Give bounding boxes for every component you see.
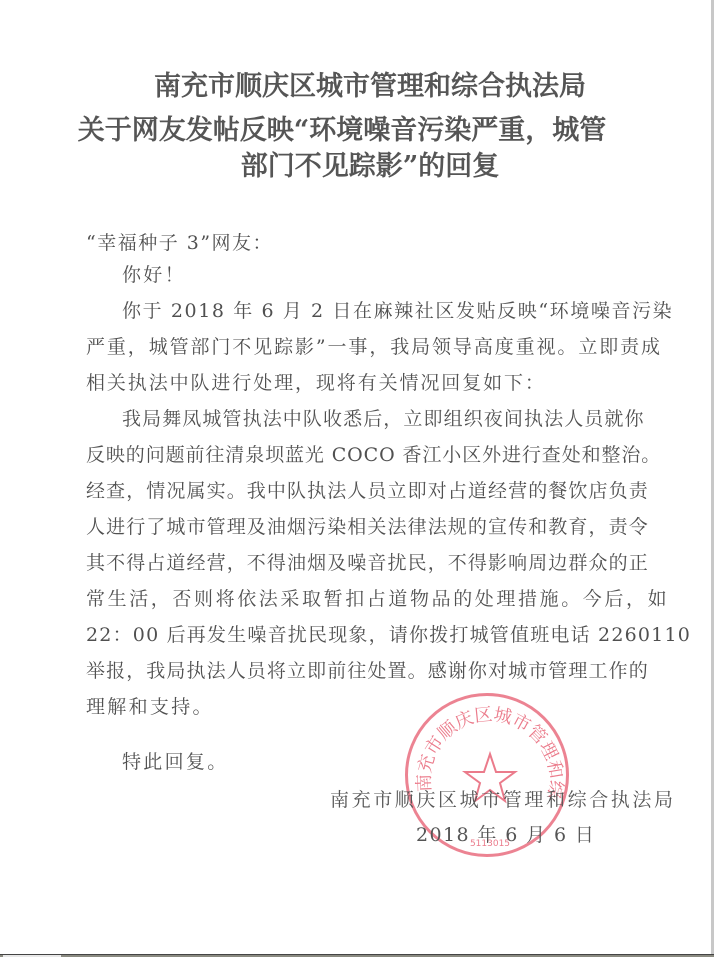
paragraph2-line: 其不得占道经营，不得油烟及噪音扰民，不得影响周边群众的正 — [86, 551, 649, 575]
paragraph2-line: 理解和支持。 — [86, 695, 214, 719]
salutation: “幸福种子 3”网友： — [86, 231, 273, 255]
paragraph2-line: 人进行了城市管理及油烟污染相关法律法规的宣传和教育，责令 — [86, 515, 649, 539]
svg-text:南充市顺庆区城市管理和综合执法局: 南充市顺庆区城市管理和综合执法局 — [408, 696, 567, 801]
signature: 南充市顺庆区城市管理和综合执法局 — [330, 788, 676, 812]
paragraph1-line: 相关执法中队进行处理，现将有关情况回复如下： — [86, 371, 546, 395]
greeting: 你好！ — [122, 263, 186, 287]
paragraph2-line: 举报，我局执法人员将立即前往处置。感谢你对城市管理工作的 — [86, 659, 649, 683]
paragraph2-line: 反映的问题前往清泉坝蓝光 COCO 香江小区外进行查处和整治。 — [86, 443, 661, 467]
closing: 特此回复。 — [122, 750, 229, 774]
paragraph2-line: 我局舞凤城管执法中队收悉后，立即组织夜间执法人员就你 — [122, 407, 645, 431]
paragraph2-line: 22：00 后再发生噪音扰民现象，请你拨打城管值班电话 2260110 — [86, 623, 691, 647]
paragraph1-line: 你于 2018 年 6 月 2 日在麻辣社区发贴反映“环境噪音污染 — [122, 299, 673, 323]
document-page: 南充市顺庆区城市管理和综合执法局 关于网友发帖反映“环境噪音污染严重，城管 部门… — [0, 0, 711, 954]
paragraph2-line: 常生活，否则将依法采取暂扣占道物品的处理措施。今后，如 — [86, 587, 669, 611]
document-title-line-1: 南充市顺庆区城市管理和综合执法局 — [0, 64, 714, 103]
paragraph2-line: 经查，情况属实。我中队执法人员立即对占道经营的餐饮店负责 — [86, 479, 649, 503]
document-title-line-3: 部门不见踪影”的回复 — [0, 144, 714, 183]
paragraph1-line: 严重，城管部门不见踪影”一事，我局领导高度重视。立即责成 — [86, 335, 662, 359]
document-title-line-2: 关于网友发帖反映“环境噪音污染严重，城管 — [0, 108, 712, 147]
date: 2018 年 6 月 6 日 — [416, 823, 595, 847]
